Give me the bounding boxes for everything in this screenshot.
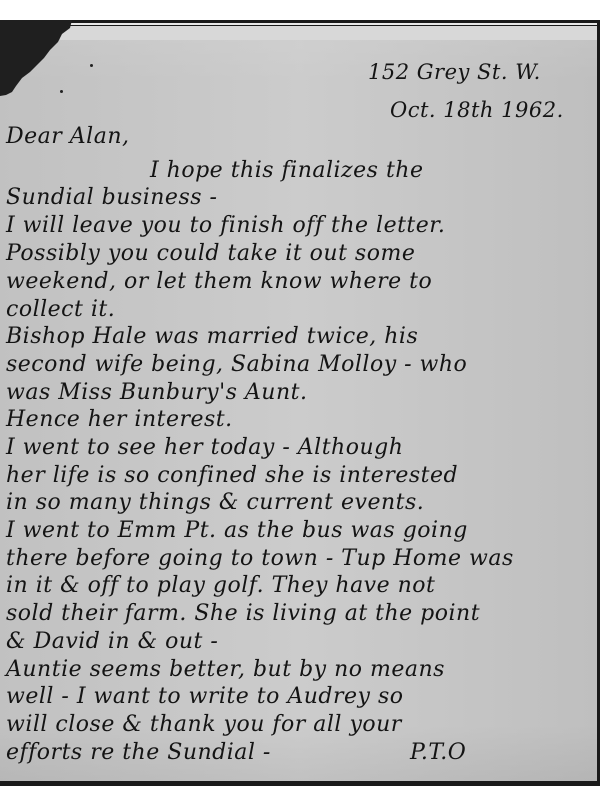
body-line: sold their farm. She is living at the po… xyxy=(6,601,480,626)
body-line: Auntie seems better, but by no means xyxy=(6,657,445,682)
body-line: was Miss Bunbury's Aunt. xyxy=(6,380,307,405)
sender-address: 152 Grey St. W. xyxy=(368,60,541,84)
body-line: & David in & out - xyxy=(6,629,218,654)
torn-corner xyxy=(0,20,80,100)
body-line: Sundial business - xyxy=(6,185,217,210)
body-line: I will leave you to finish off the lette… xyxy=(6,213,445,238)
top-highlight xyxy=(70,23,600,25)
body-line: I went to Emm Pt. as the bus was going xyxy=(6,518,468,543)
body-line: second wife being, Sabina Molloy - who xyxy=(6,352,467,377)
body-line: in it & off to play golf. They have not xyxy=(6,573,435,598)
salutation: Dear Alan, xyxy=(6,124,130,149)
letter-date: Oct. 18th 1962. xyxy=(390,98,564,122)
paper-speck xyxy=(60,90,63,93)
body-line: in so many things & current events. xyxy=(6,490,424,515)
body-line: weekend, or let them know where to xyxy=(6,269,432,294)
scanned-letter: 152 Grey St. W. Oct. 18th 1962. Dear Ala… xyxy=(0,20,600,786)
page: 152 Grey St. W. Oct. 18th 1962. Dear Ala… xyxy=(0,0,600,800)
body-line: collect it. xyxy=(6,297,115,322)
body-line: efforts re the Sundial - xyxy=(6,740,271,765)
body-line: Bishop Hale was married twice, his xyxy=(6,324,418,349)
paper-speck xyxy=(90,64,93,67)
body-line: her life is so confined she is intereste… xyxy=(6,463,458,488)
body-line: well - I want to write to Audrey so xyxy=(6,684,404,709)
top-paper-band xyxy=(60,26,600,40)
body-line: Possibly you could take it out some xyxy=(6,241,415,266)
body-line: I went to see her today - Although xyxy=(6,435,403,460)
pto-note: P.T.O xyxy=(410,740,466,765)
body-line: I hope this finalizes the xyxy=(150,158,423,183)
body-line: will close & thank you for all your xyxy=(6,712,402,737)
body-line: there before going to town - Tup Home wa… xyxy=(6,546,514,571)
body-line: Hence her interest. xyxy=(6,407,233,432)
bottom-border xyxy=(0,781,600,786)
